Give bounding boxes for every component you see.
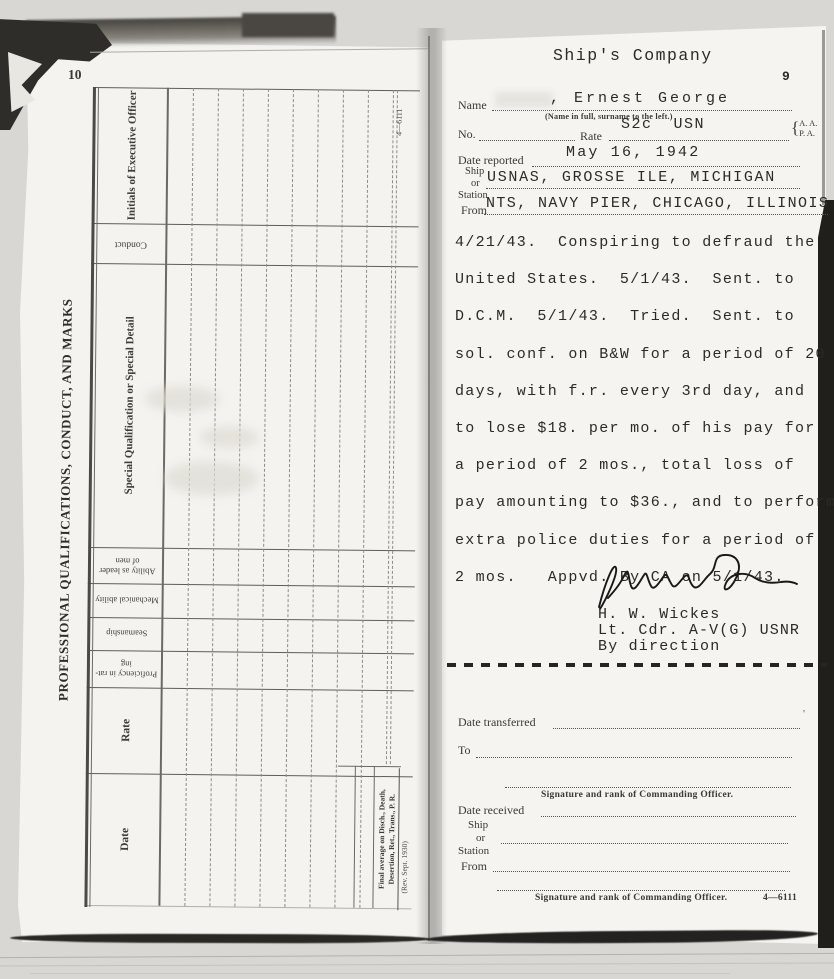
column-header-mechanical: Mechanical ability — [92, 584, 161, 617]
column-header-label: Proficiency in rat- ing — [95, 659, 157, 679]
column-header-rate: Rate — [91, 687, 161, 774]
scan-dark-patch-top — [242, 13, 334, 37]
erased-name-smudge — [495, 92, 553, 107]
left-page-number: 10 — [68, 67, 82, 83]
gutter-shadow — [416, 28, 450, 944]
column-header-ability-leader: Ability as leader of men — [93, 548, 162, 583]
date-received-label: Date received — [458, 803, 524, 818]
column-header-initials: Initials of Executive Officer — [97, 87, 167, 224]
date-transferred-label: Date transferred — [458, 715, 536, 730]
record-line: days, with f.r. every 3rd day, and — [455, 373, 833, 410]
background-streak-1 — [0, 953, 834, 958]
gutter-line — [428, 36, 430, 941]
left-page-title: PROFESSIONAL QUALIFICATIONS, CONDUCT, AN… — [50, 275, 81, 725]
column-header-label: Rate — [120, 719, 132, 742]
name-label: Name — [458, 98, 487, 113]
right-form-number: 4—6111 — [763, 893, 797, 903]
table-dashed-column — [359, 90, 369, 908]
corner-box-rule-h — [338, 766, 401, 768]
left-form-number: 4—6111 — [392, 98, 406, 146]
co-signature-line-1 — [505, 787, 791, 788]
pencil-smudge — [199, 426, 259, 449]
right-page-header: Ship's Company — [553, 46, 713, 65]
from-label: From — [461, 203, 487, 218]
from-value: NTS, NAVY PIER, CHICAGO, ILLINOIS — [486, 195, 829, 212]
co-signature-caption-2: Signature and rank of Commanding Officer… — [535, 893, 727, 903]
name-value: , Ernest George — [550, 90, 730, 107]
right-page-number: 9 — [782, 69, 790, 84]
or-label-2: or — [476, 832, 485, 844]
qualifications-table: Initials of Executive Officer Conduct Sp… — [84, 85, 420, 911]
record-line: sol. conf. on B&W for a period of 20 — [455, 336, 833, 373]
from-label-2: From — [461, 859, 487, 874]
stray-mark: ' — [803, 708, 805, 720]
column-header-label: Special Qualification or Special Detail — [122, 316, 136, 494]
aa-label: A. A. — [799, 118, 817, 128]
final-average-text: Final average on Disch., Death, Desertio… — [377, 789, 397, 889]
column-header-proficiency: Proficiency in rat- ing — [92, 651, 161, 687]
record-line: a period of 2 mos., total loss of — [455, 447, 833, 484]
column-header-date: Date — [89, 773, 159, 906]
co-signature-caption-1: Signature and rank of Commanding Officer… — [541, 790, 733, 800]
table-dashed-column — [284, 89, 294, 907]
typed-record: 4/21/43. Conspiring to defraud theUnited… — [455, 224, 833, 596]
record-line: 4/21/43. Conspiring to defraud the — [455, 224, 833, 261]
left-page-bottom-edge — [10, 933, 430, 943]
no-label: No. — [458, 127, 476, 142]
ship-line — [486, 188, 800, 189]
form-number-text: 4—6111 — [394, 108, 403, 135]
pencil-smudge — [164, 461, 259, 496]
right-edge-gray-line — [822, 30, 825, 205]
no-line — [479, 140, 575, 141]
to-label: To — [458, 743, 471, 758]
revision-note: (Rev. Sept. 1930) — [397, 826, 410, 908]
column-header-label: Date — [118, 828, 130, 851]
corner-box-rule-v1 — [353, 766, 355, 908]
aa-pa-brace: { — [791, 118, 799, 138]
column-header-label: Ability as leader of men — [99, 555, 155, 575]
date-transferred-line — [553, 728, 800, 729]
ship-line-2 — [501, 843, 788, 844]
name-line — [492, 110, 792, 111]
signature-by-direction: By direction — [598, 638, 720, 655]
record-line: to lose $18. per mo. of his pay for — [455, 410, 833, 447]
signature-rank: Lt. Cdr. A-V(G) USNR — [598, 622, 800, 639]
station-label: Station — [458, 190, 488, 201]
scanned-record-book: 10 Initials of Executive Office — [0, 0, 834, 979]
pa-label: P. A. — [799, 128, 817, 138]
table-dashed-column — [334, 90, 344, 908]
column-header-label: Conduct — [115, 239, 147, 249]
date-received-line — [541, 816, 796, 817]
table-dashed-column — [234, 89, 244, 907]
record-line: United States. 5/1/43. Sent. to — [455, 261, 833, 298]
from-line-2 — [493, 871, 790, 872]
table-dashed-column — [209, 88, 219, 906]
record-line: D.C.M. 5/1/43. Tried. Sent. to — [455, 298, 833, 335]
column-header-label: Seamanship — [106, 629, 147, 639]
from-line — [484, 214, 828, 215]
table-dashed-column — [309, 89, 319, 907]
background-streak-3 — [30, 973, 730, 974]
station-label-2: Station — [458, 845, 489, 857]
ship-label-2: Ship — [468, 819, 488, 831]
record-line: pay amounting to $36., and to perform — [455, 484, 833, 521]
aa-pa-bracket: { A. A. P. A. — [791, 118, 817, 138]
table-dashed-column — [184, 88, 194, 906]
table-dashed-column — [259, 89, 269, 907]
to-line — [476, 757, 792, 758]
column-header-label: Mechanical ability — [95, 595, 159, 606]
dashed-separator — [447, 663, 827, 667]
column-header-seamanship: Seamanship — [92, 618, 161, 650]
left-page-title-text: PROFESSIONAL QUALIFICATIONS, CONDUCT, AN… — [56, 298, 76, 701]
rate-line — [609, 140, 789, 141]
column-header-conduct: Conduct — [96, 225, 165, 264]
background-streak-2 — [0, 963, 834, 967]
signature-name: H. W. Wickes — [598, 606, 720, 623]
rate-label: Rate — [580, 129, 602, 144]
ship-label: Ship — [465, 166, 484, 177]
final-average-note: Final average on Disch., Death, Desertio… — [374, 768, 399, 910]
or-label: or — [471, 178, 480, 189]
revision-note-text: (Rev. Sept. 1930) — [399, 841, 409, 894]
date-reported-value: May 16, 1942 — [566, 144, 700, 161]
date-reported-line — [532, 166, 800, 167]
rate-value: S2c USN — [621, 116, 705, 133]
ship-value: USNAS, GROSSE ILE, MICHIGAN — [487, 169, 776, 186]
column-header-label: Initials of Executive Officer — [125, 90, 138, 220]
co-signature-line-2 — [497, 890, 785, 891]
